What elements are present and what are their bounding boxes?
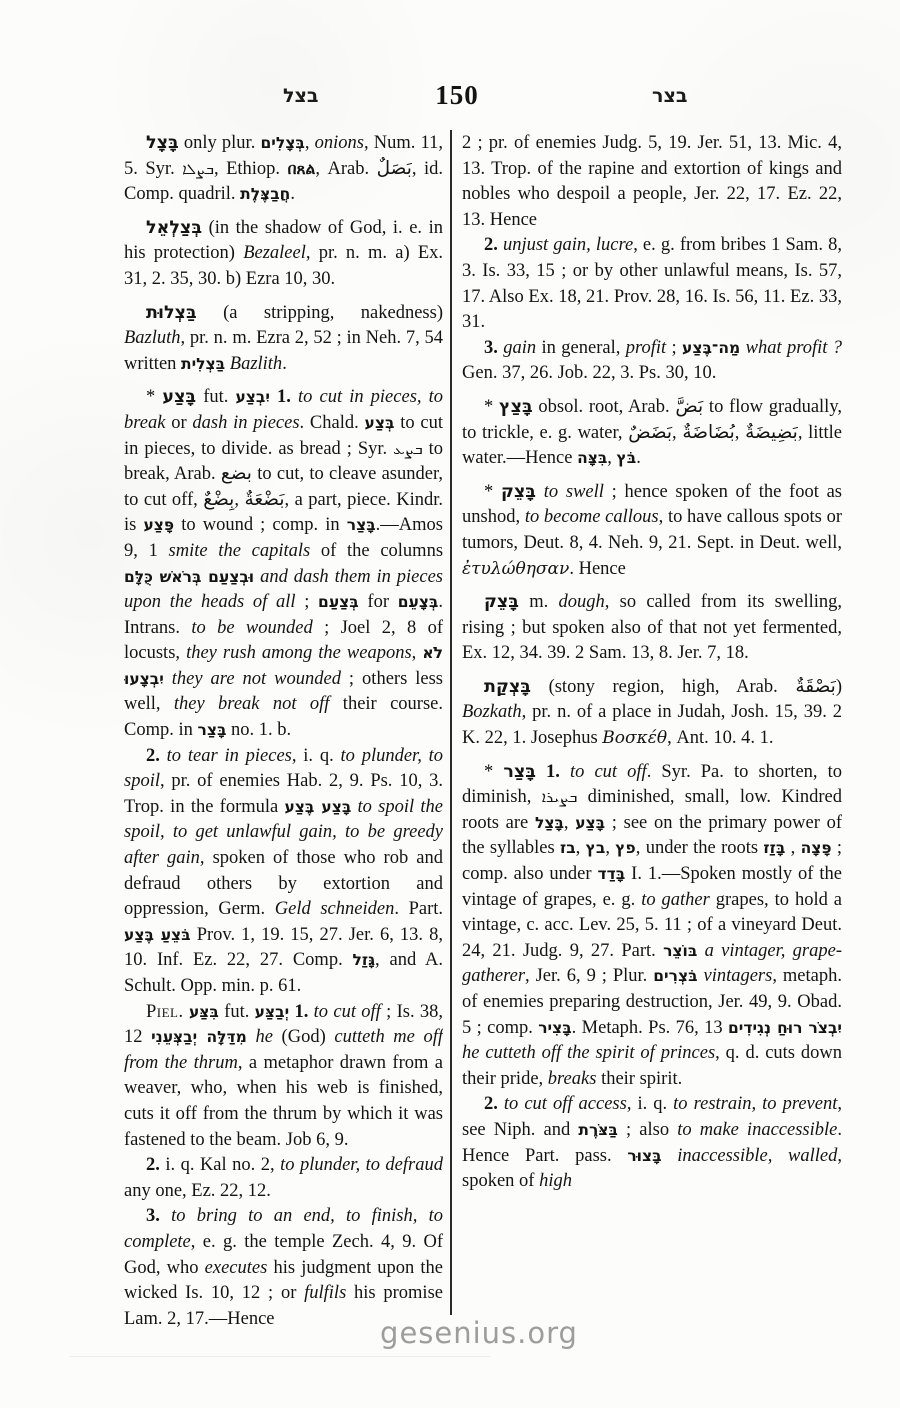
text-run: (a stripping, nakedness) (197, 303, 443, 323)
dictionary-paragraph: בָּצְקַת (stony region, high, Arab. بَصْ… (462, 675, 842, 752)
hebrew-headword: בָּצָל (146, 133, 179, 153)
italic-text: Bezaleel (243, 243, 306, 263)
text-run: only plur. (179, 133, 261, 153)
text-run: . (290, 184, 295, 204)
dictionary-paragraph: בְּצַלְאֵל (in the shadow of God, i. e. … (124, 216, 443, 293)
bold-number: 2. (484, 235, 498, 255)
dictionary-paragraph: 2. to tear in pieces, i. q. to plunder, … (124, 744, 443, 1000)
hebrew-word: בָּצַל (535, 814, 564, 832)
text-run: , Arab. (315, 159, 376, 179)
text-run: , (785, 838, 800, 858)
text-run: (God) (273, 1027, 334, 1047)
greek-word: Βοσκέθ (602, 728, 667, 748)
italic-text: dough (559, 592, 605, 612)
text-run (536, 762, 546, 782)
dictionary-paragraph: בָּצֵק m. dough, so called from its swel… (462, 590, 842, 667)
text-run: , (564, 813, 575, 833)
text-run: , (607, 448, 616, 468)
column-divider (450, 130, 452, 1315)
text-run: . Part. (394, 899, 443, 919)
hebrew-word: בְּצָלִים (261, 134, 305, 152)
italic-text: Geld schneiden (275, 899, 395, 919)
hebrew-word: בז (560, 839, 576, 857)
hebrew-headword: בָּצְקַת (484, 677, 531, 697)
dictionary-paragraph: 2. i. q. Kal no. 2, to plunder, to defra… (124, 1153, 443, 1204)
dictionary-page: בצל 150 בצר בָּצָל only plur. בְּצָלִים,… (0, 0, 900, 1408)
text-run: m. (519, 592, 559, 612)
syriac-word: ܒܨܝܪܐ (542, 788, 578, 806)
arabic-word: بَضَضٌ (628, 422, 672, 443)
italic-text: Bozkath (462, 702, 522, 722)
text-run: for (359, 592, 398, 612)
scan-artifact-line (70, 1356, 490, 1357)
arabic-word: بضع (221, 463, 252, 484)
italic-text: executes (205, 1258, 268, 1278)
text-run (160, 1206, 171, 1226)
dictionary-paragraph: * בָּצֵק to swell ; hence spoken of the … (462, 480, 842, 582)
text-run: , under the roots (636, 838, 764, 858)
header-keyword-right: בצר (652, 85, 687, 107)
text-run: , (412, 643, 423, 663)
text-run: . (282, 354, 287, 374)
text-run: , (735, 423, 745, 443)
arabic-word: بَضِيضَةٌ (745, 422, 798, 443)
italic-text: inaccessible, walled (677, 1146, 837, 1166)
hebrew-word: בּוֹצֵר (663, 942, 697, 960)
text-run: , i. q. (292, 746, 341, 766)
italic-text: vintagers (703, 966, 772, 986)
text-run (270, 387, 277, 407)
hebrew-headword: בְּצַלְאֵל (146, 218, 202, 238)
italic-text: high (539, 1171, 572, 1191)
text-run: , Ant. 10. 4. 1. (667, 728, 773, 748)
italic-text: to be wounded (191, 618, 312, 638)
text-run (536, 482, 544, 502)
arabic-word: بَضَّ (675, 396, 703, 417)
text-run: i. q. Kal no. 2, (160, 1155, 280, 1175)
hebrew-word: בָּצִיר (538, 1019, 571, 1037)
hebrew-word: בָּצַע בֶּצַע (284, 798, 351, 816)
text-run: their spirit. (596, 1069, 682, 1089)
ethiopic-word: በጸል (288, 160, 316, 178)
hebrew-word: בָּצַר (198, 721, 227, 739)
hebrew-word: בָּצַע (575, 814, 605, 832)
italic-text: breaks (548, 1069, 597, 1089)
hebrew-word: פץ (615, 839, 635, 857)
dictionary-paragraph: * בָּצַע fut. יִבְצַע 1. to cut in piece… (124, 385, 443, 743)
text-run (160, 746, 167, 766)
left-column: בָּצָל only plur. בְּצָלִים, onions, Num… (124, 131, 443, 1331)
hebrew-word: יִבְצַע (235, 388, 269, 406)
hebrew-headword: בָּצַע (162, 387, 196, 407)
text-run (662, 1146, 678, 1166)
dictionary-paragraph: 2 ; pr. of enemies Judg. 5, 19. Jer. 51,… (462, 131, 842, 233)
dictionary-paragraph: * בָּצַר 1. to cut off. Syr. Pa. to shor… (462, 760, 842, 1093)
italic-text: to gather (641, 890, 710, 910)
italic-text: dash in pieces (192, 413, 299, 433)
hebrew-headword: בַּצְלוּת (146, 303, 197, 323)
text-run: in general, (536, 338, 626, 358)
text-run: * (484, 397, 499, 417)
text-run: obsol. root, Arab. (533, 397, 676, 417)
text-run: ; (666, 338, 682, 358)
italic-text: to cut off (570, 762, 647, 782)
text-run: fut. (219, 1002, 255, 1022)
italic-text: he (255, 1027, 272, 1047)
hebrew-word: בֹּצֵעַ בֶּצַע (124, 926, 191, 944)
hebrew-headword: בָּצַר (503, 762, 536, 782)
hebrew-word: בֹּצְרִים (653, 967, 697, 985)
hebrew-word: בְּצַעַם (318, 593, 359, 611)
arabic-word: بَصْقَةٌ (795, 676, 835, 697)
bold-number: 2. (484, 1094, 498, 1114)
text-run (291, 387, 298, 407)
italic-text: to tear in pieces (167, 746, 292, 766)
hebrew-word: בִּצָּה (577, 449, 607, 467)
right-column: 2 ; pr. of enemies Judg. 5, 19. Jer. 51,… (462, 131, 842, 1331)
text-run: * (146, 387, 162, 407)
text-run: , (234, 490, 244, 510)
arabic-word: بَضْعَةٌ (244, 489, 284, 510)
dictionary-paragraph: בַּצְלוּת (a stripping, nakedness) Bazlu… (124, 301, 443, 378)
text-run: . Hence (569, 559, 626, 579)
text-run: ; (296, 592, 319, 612)
italic-text: fulfils (304, 1283, 346, 1303)
italic-text: what profit ? (746, 338, 842, 358)
bold-number: 1. (294, 1002, 308, 1022)
watermark: gesenius.org (0, 1316, 900, 1350)
dictionary-paragraph: בָּצָל only plur. בְּצָלִים, onions, Num… (124, 131, 443, 208)
hebrew-word: בץ (586, 839, 606, 857)
hebrew-word: גָּזַל (353, 951, 376, 969)
hebrew-word: בָּזַז (763, 839, 785, 857)
text-run: , Ethiop. (214, 159, 288, 179)
dictionary-paragraph: 2. to cut off access, i. q. to restrain,… (462, 1092, 842, 1194)
bold-number: 2. (146, 746, 160, 766)
italic-text: Bazluth (124, 328, 181, 348)
hebrew-word: בַּצֹּרֶת (578, 1121, 618, 1139)
text-run: , (305, 133, 315, 153)
text-run: (stony region, high, Arab. (531, 677, 795, 697)
italic-text: to become callous (525, 507, 659, 527)
hebrew-headword: בָּצַץ (499, 397, 533, 417)
italic-text: they are not wounded (172, 669, 341, 689)
text-run: 2 ; pr. of enemies Judg. 5, 19. Jer. 51,… (462, 133, 842, 230)
bold-number: 2. (146, 1155, 160, 1175)
hebrew-word: בְּצָעֵם (398, 593, 439, 611)
dictionary-paragraph: 3. to bring to an end, to finish, to com… (124, 1204, 443, 1331)
italic-text: profit (626, 338, 666, 358)
text-run: . Metaph. Ps. 76, 13 (572, 1018, 728, 1038)
text-run: or (165, 413, 192, 433)
syriac-word: ܒܨܠܐ (182, 160, 214, 178)
hebrew-word: פָּצָה (801, 839, 832, 857)
italic-text: they rush among the weapons (186, 643, 412, 663)
hebrew-word: בִּצַּע (189, 1003, 219, 1021)
italic-text: Bazlith (230, 354, 282, 374)
text-run: , i. q. (627, 1094, 673, 1114)
page-number: 150 (0, 80, 900, 111)
hebrew-word: בֹּץ (617, 449, 637, 467)
text-run: of the columns (310, 541, 443, 561)
text-run: * (484, 482, 501, 502)
hebrew-word: בָּצַר (347, 516, 376, 534)
italic-text: to cut off (314, 1002, 381, 1022)
text-run (164, 669, 172, 689)
hebrew-word: בָּצוּר (627, 1147, 661, 1165)
text-run: Gen. 37, 26. Job. 22, 3. Ps. 30, 10. (462, 363, 716, 383)
dictionary-paragraph: 2. unjust gain, lucre, e. g. from bribes… (462, 233, 842, 335)
text-run: , (672, 423, 682, 443)
text-run: ; also (618, 1120, 677, 1140)
italic-text: to make inaccessible (677, 1120, 837, 1140)
italic-text: unjust gain, lucre (503, 235, 633, 255)
italic-text: onions (315, 133, 364, 153)
text-run: , Jer. 6, 9 ; Plur. (525, 966, 653, 986)
text-run: . Chald. (300, 413, 365, 433)
italic-text: they break not off (174, 694, 330, 714)
dictionary-paragraph: 3. gain in general, profit ; מַה־בֶּצַע … (462, 336, 842, 387)
italic-text: to cut off access (504, 1094, 627, 1114)
text-run: , (605, 838, 615, 858)
text-run: fut. (196, 387, 235, 407)
bold-number: 1. (546, 762, 560, 782)
arabic-word: بَصَلٌ (377, 158, 412, 179)
italic-text: to plunder, to defraud (280, 1155, 443, 1175)
hebrew-headword: בָּצֵק (501, 482, 536, 502)
dictionary-paragraph: * בָּצַץ obsol. root, Arab. بَضَّ to flo… (462, 395, 842, 472)
dictionary-paragraph: Piel. בִּצַּע fut. יְבַצַּע 1. to cut of… (124, 1000, 443, 1154)
hebrew-word: מִדַּלָּה יְבַצְּעֵנִי (151, 1028, 247, 1046)
hebrew-word: בָּדַד (598, 865, 626, 883)
bold-number: 3. (146, 1206, 160, 1226)
text-run: any one, Ez. 22, 12. (124, 1181, 271, 1201)
hebrew-word: מַה־בֶּצַע (682, 339, 740, 357)
hebrew-word: בְּצַע (365, 414, 395, 432)
text-run: , (576, 838, 586, 858)
hebrew-word: יִבְצֹר רוּחַ נְגִידִים (728, 1019, 842, 1037)
text-run (560, 762, 570, 782)
text-run: ) (836, 677, 842, 697)
hebrew-word: וּבְצַעַם בְּרֹאשׁ כֻּלָּם (124, 568, 254, 586)
arabic-word: بِضْعٌ (203, 489, 234, 510)
text-run: no. 1. b. (226, 720, 291, 740)
italic-text: to restrain, to prevent (673, 1094, 837, 1114)
hebrew-word: חֲבַצֶּלֶת (240, 185, 290, 203)
italic-text: smite the capitals (169, 541, 311, 561)
arabic-word: بُضَاضَةٌ (682, 422, 734, 443)
hebrew-headword: בָּצֵק (484, 592, 519, 612)
text-run (697, 941, 704, 961)
hebrew-word: פָּצַע (143, 516, 174, 534)
text-run: to wound ; comp. in (174, 515, 347, 535)
bold-number: 1. (277, 387, 291, 407)
text-run: . (636, 448, 641, 468)
italic-text: he cutteth off the spirit of princes (462, 1043, 715, 1063)
italic-text: gain (503, 338, 536, 358)
text-run: * (484, 762, 503, 782)
bold-number: 3. (484, 338, 498, 358)
syriac-word: ܒܨܥ (393, 440, 423, 458)
smallcaps-label: Piel. (146, 1002, 184, 1022)
hebrew-word: יְבַצַּע (255, 1003, 289, 1021)
hebrew-word: בַּצְלִית (181, 355, 225, 373)
greek-word: ἐτυλώθησαν (462, 559, 569, 579)
italic-text: to swell (544, 482, 604, 502)
